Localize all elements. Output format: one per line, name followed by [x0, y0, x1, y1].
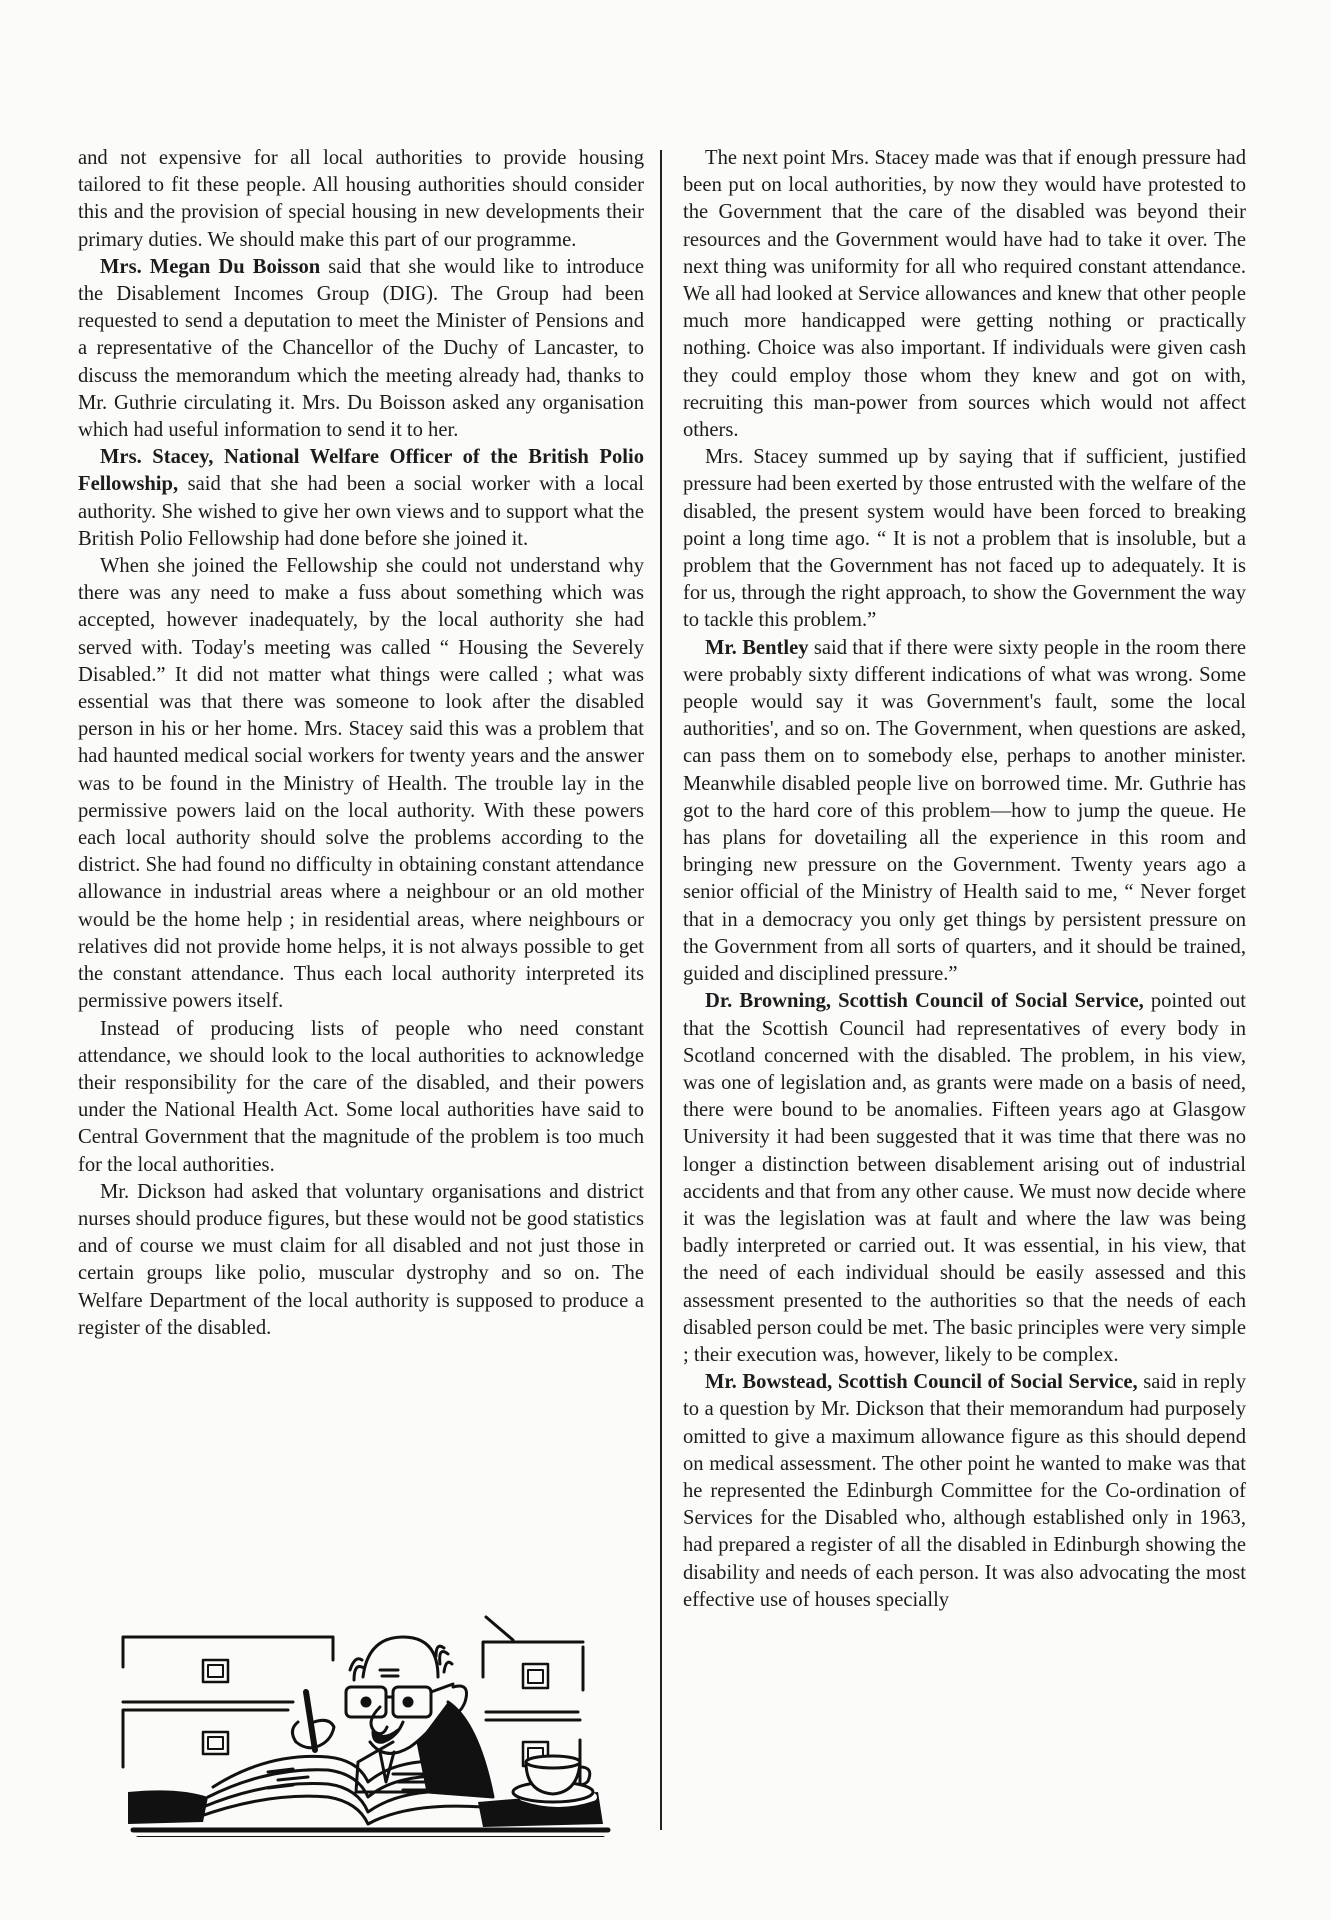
speaker-name: Mr. Bowstead, Scottish Council of Social…: [705, 1371, 1138, 1393]
paragraph-text: said that if there were sixty people in …: [683, 637, 1246, 985]
paragraph-text: pointed out that the Scottish Council ha…: [683, 990, 1246, 1366]
cartoon-illustration: [118, 1592, 618, 1837]
paragraph: Mrs. Stacey summed up by saying that if …: [683, 444, 1246, 634]
paragraph: Mrs. Stacey, National Welfare Officer of…: [78, 444, 644, 553]
paragraph-text: said that she would like to introduce th…: [78, 256, 644, 441]
speaker-name: Mr. Bentley: [705, 637, 809, 659]
speaker-name: Mrs. Megan Du Boisson: [100, 256, 320, 278]
paragraph: When she joined the Fellowship she could…: [78, 553, 644, 1015]
paragraph-text: When she joined the Fellowship she could…: [78, 555, 644, 1012]
pen-icon: [292, 1692, 334, 1750]
left-column: and not expensive for all local authorit…: [78, 145, 644, 1342]
column-divider: [660, 150, 662, 1830]
paragraph-text: Instead of producing lists of people who…: [78, 1018, 644, 1176]
paragraph: Mrs. Megan Du Boisson said that she woul…: [78, 254, 644, 444]
filing-cabinet-left-icon: [123, 1637, 333, 1767]
paragraph-text: The next point Mrs. Stacey made was that…: [683, 147, 1246, 441]
paragraph: Mr. Dickson had asked that voluntary org…: [78, 1179, 644, 1342]
paragraph: Mr. Bentley said that if there were sixt…: [683, 635, 1246, 989]
paragraph: Dr. Browning, Scottish Council of Social…: [683, 988, 1246, 1369]
speaker-name: Dr. Browning, Scottish Council of Social…: [705, 990, 1144, 1012]
paragraph: The next point Mrs. Stacey made was that…: [683, 145, 1246, 444]
paragraph: Instead of producing lists of people who…: [78, 1016, 644, 1179]
paragraph: Mr. Bowstead, Scottish Council of Social…: [683, 1369, 1246, 1614]
paragraph-text: Mrs. Stacey summed up by saying that if …: [683, 446, 1246, 631]
paragraph-text: and not expensive for all local authorit…: [78, 147, 644, 251]
paragraph-text: said in reply to a question by Mr. Dicks…: [683, 1371, 1246, 1611]
right-column: The next point Mrs. Stacey made was that…: [683, 145, 1246, 1614]
paragraph-text: Mr. Dickson had asked that voluntary org…: [78, 1181, 644, 1339]
paragraph: and not expensive for all local authorit…: [78, 145, 644, 254]
